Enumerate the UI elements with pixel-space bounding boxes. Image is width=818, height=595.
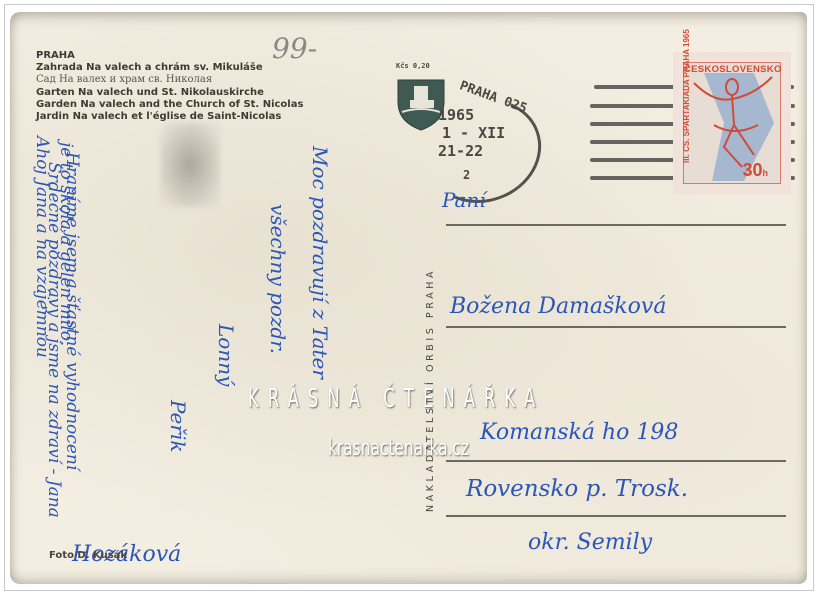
message-line: všechny pozdr. (266, 204, 290, 354)
address-salutation: Paní (442, 188, 486, 212)
watermark-title: KRÁSNÁ ČTENÁŘKA (248, 384, 544, 414)
postmark-time: 21-22 (438, 142, 483, 160)
photo-credit: Foto D. Kusák (49, 550, 127, 561)
postcard-back: PRAHA Zahrada Na valech a chrám sv. Miku… (10, 12, 807, 584)
address-line (446, 460, 786, 462)
charity-value: Kčs 0,20 (396, 62, 430, 70)
message-line: Srdečné pozdravy a jsme na zdraví - Jana (44, 162, 64, 518)
address-street: Komanská ho 198 (480, 420, 678, 445)
stamp-value: 30h (742, 160, 768, 181)
message-line: Hraníme jsem a šťastné vyhodnocení (62, 152, 82, 470)
address-line (446, 515, 786, 517)
message-line: Peřik (166, 400, 190, 452)
address-name: Božena Damašková (450, 294, 666, 319)
caption-line-cs: Zahrada Na valech a chrám sv. Mikuláše (36, 62, 303, 74)
postmark-date: 1 - XII (442, 124, 505, 142)
address-line (446, 326, 786, 328)
address-region: okr. Semily (528, 530, 652, 555)
address-line (446, 224, 786, 226)
message-line: Moc pozdravují z Tater (308, 146, 332, 379)
message-line: Lonný (214, 324, 238, 386)
caption-line-de: Garten Na valech und St. Nikolauskirche (36, 87, 303, 99)
caption-line-en: Garden Na valech and the Church of St. N… (36, 99, 303, 111)
stamp-subject: III. CS. SPARTAKIADA PRAHA 1965 (682, 29, 691, 163)
postmark-year: 1965 (438, 106, 474, 124)
ink-smudge (160, 122, 220, 207)
address-town: Rovensko p. Trosk. (466, 476, 688, 502)
postcard-caption: PRAHA Zahrada Na valech a chrám sv. Miku… (36, 50, 303, 123)
caption-line-ru: Сад На валех и храм св. Николая (36, 74, 303, 86)
watermark-url: krasnactenarka.cz (328, 436, 469, 461)
caption-city: PRAHA (36, 50, 303, 62)
stamp-value-number: 30 (742, 160, 762, 180)
stamp-value-unit: h (763, 168, 769, 178)
postage-stamp: ČESKOSLOVENSKO III. CS. SPARTAKIADA PRAH… (673, 52, 791, 194)
postmark-number: 2 (463, 168, 470, 182)
stamp-country: ČESKOSLOVENSKO (684, 64, 780, 75)
pencil-note: 99- (272, 32, 317, 65)
